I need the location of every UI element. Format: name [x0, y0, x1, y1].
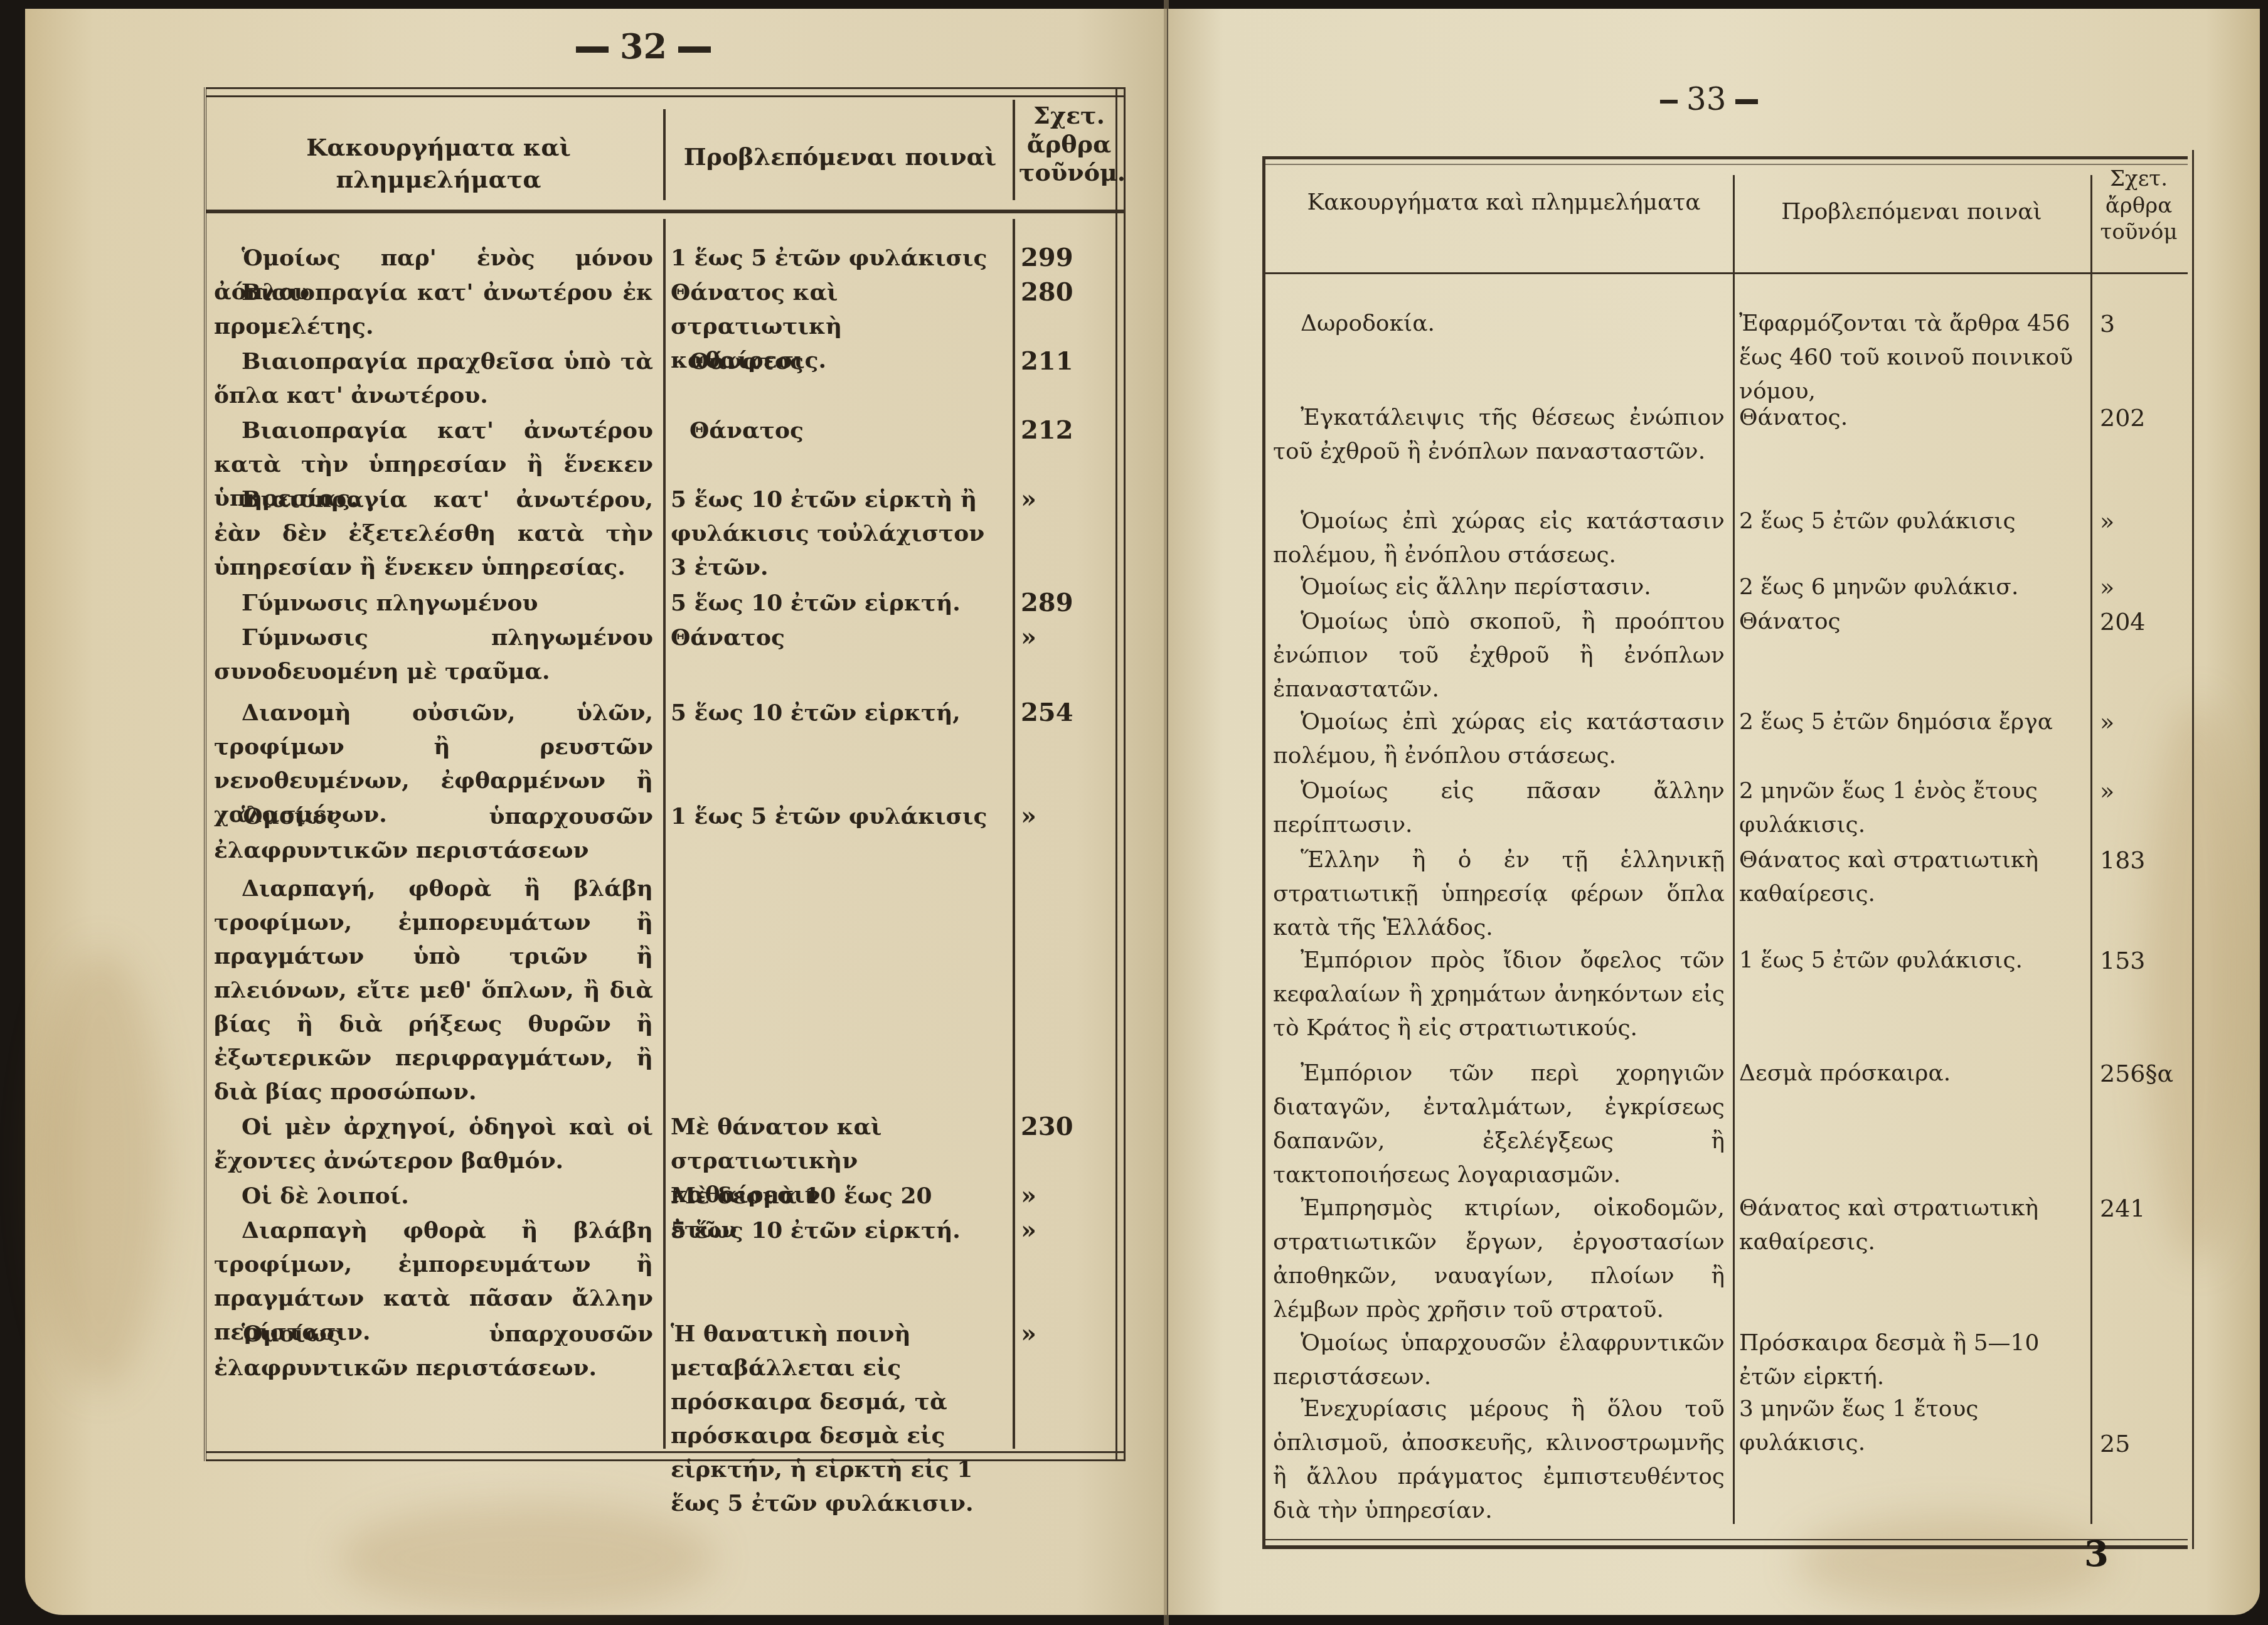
header-articles: Σχετ. ἄρθρα τοῦνόμ. [1019, 101, 1119, 187]
header-penalties: Προβλεπόμεναι ποιναὶ [1739, 197, 2084, 228]
penalty-table-right: Κακουργήματα καὶ πλημμελήματα Προβλεπόμε… [1262, 156, 2188, 1549]
left-page: 32 Κακουργήματα καὶ πλημμελήματα Προβλεπ… [25, 9, 1167, 1615]
header-penalties: Προβλεπόμεναι ποιναὶ [671, 141, 1009, 173]
header-crimes: Κακουργήματα καὶ πλημμελήματα [1291, 188, 1717, 218]
signature-mark: 3 [2084, 1533, 2109, 1575]
page-number-left: 32 [565, 26, 722, 67]
page-number-right: 33 [1651, 81, 1767, 117]
header-articles: Σχετ. ἄρθρα τοῦνόμ [2095, 166, 2183, 246]
right-page: 33 Κακουργήματα καὶ πλημμελήματα Προβλεπ… [1168, 9, 2260, 1615]
header-crimes: Κακουργήματα καὶ πλημμελήματα [232, 131, 646, 196]
penalty-table-left: Κακουργήματα καὶ πλημμελήματα Προβλεπόμε… [204, 87, 1126, 1461]
